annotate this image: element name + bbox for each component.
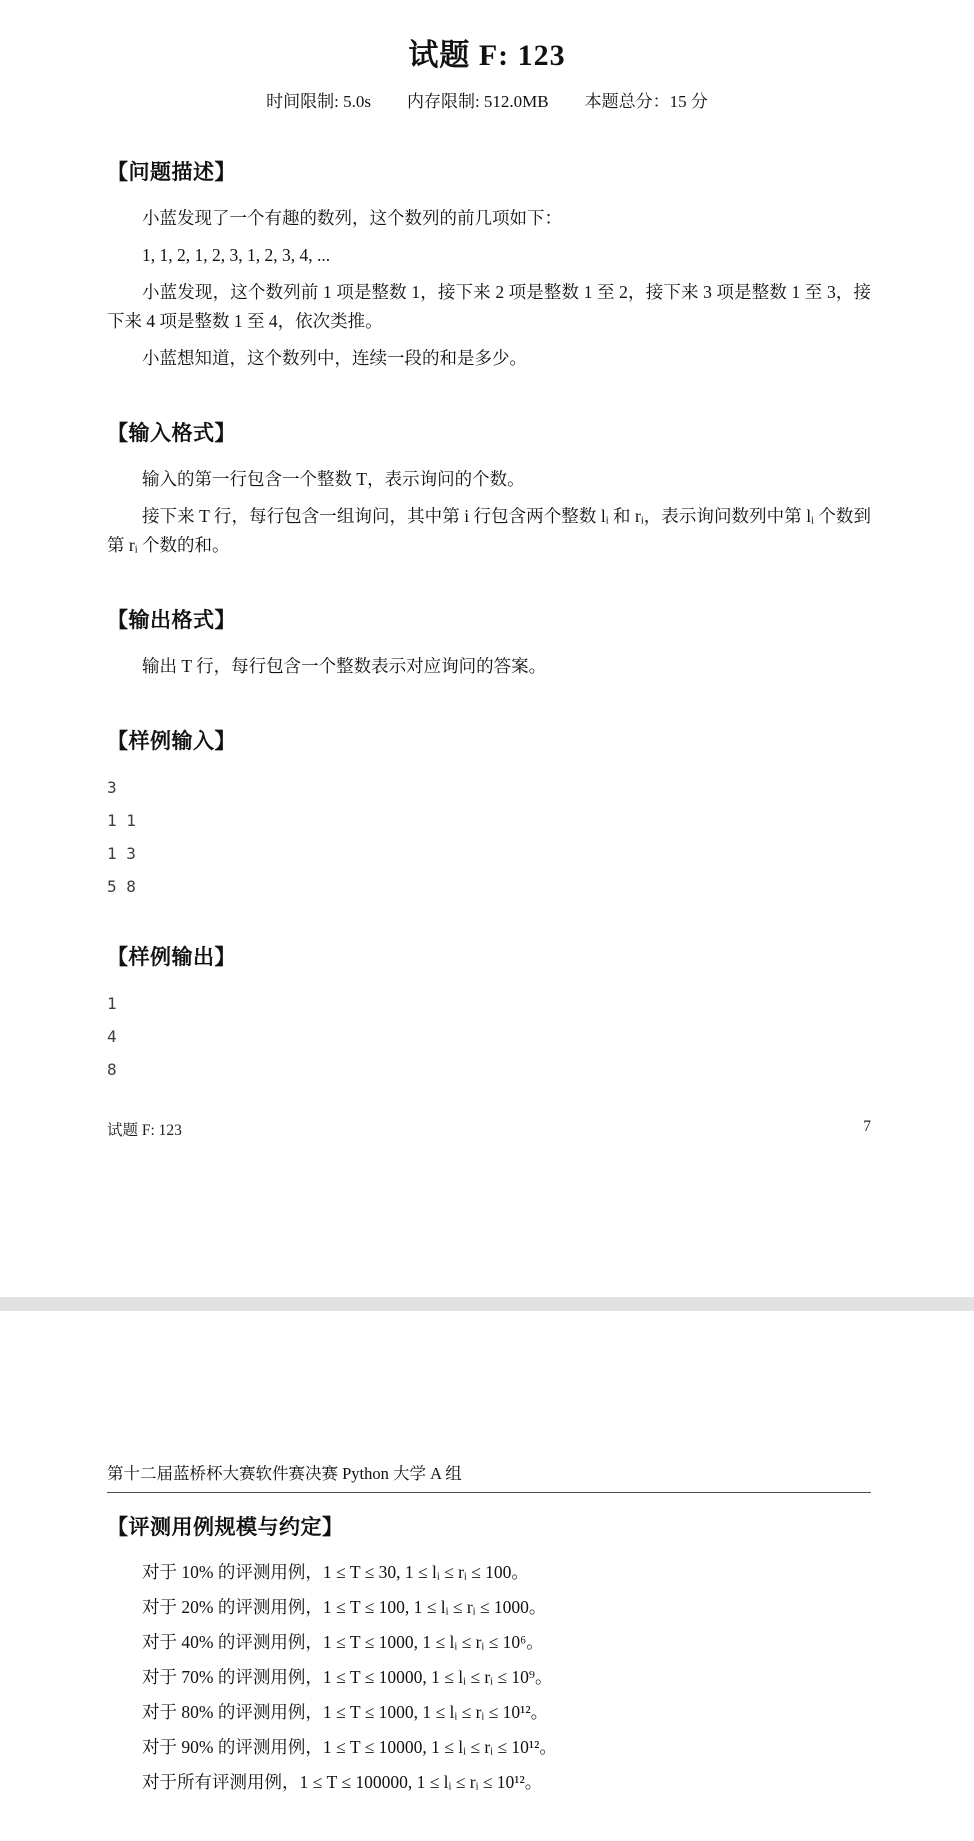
page-footer: 试题 F: 123 7 <box>107 1118 871 1140</box>
memory-limit: 内存限制: 512.0MB <box>407 87 549 112</box>
page-title: 试题 F: 123 <box>0 0 974 74</box>
problem-page-1: 试题 F: 123 时间限制: 5.0s 内存限制: 512.0MB 本题总分：… <box>0 0 974 1297</box>
section-heading-sample-output: 【样例输出】 <box>107 943 871 973</box>
section-heading-problem-description: 【问题描述】 <box>107 158 871 188</box>
sample-input-line: 1 1 <box>107 804 871 837</box>
page-separator <box>0 1297 974 1311</box>
contest-header: 第十二届蓝桥杯大赛软件赛决赛 Python 大学 A 组 <box>107 1463 871 1493</box>
constraint-line: 对于 20% 的评测用例，1 ≤ T ≤ 100, 1 ≤ lᵢ ≤ rᵢ ≤ … <box>107 1590 871 1625</box>
footer-problem-label: 试题 F: 123 <box>107 1118 182 1140</box>
sample-input-line: 3 <box>107 771 871 804</box>
sample-input-block: 3 1 1 1 3 5 8 <box>107 771 871 903</box>
constraint-line: 对于 70% 的评测用例，1 ≤ T ≤ 10000, 1 ≤ lᵢ ≤ rᵢ … <box>107 1660 871 1695</box>
problem-paragraph-1: 小蓝发现了一个有趣的数列，这个数列的前几项如下： <box>107 204 871 233</box>
constraint-line: 对于 10% 的评测用例，1 ≤ T ≤ 30, 1 ≤ lᵢ ≤ rᵢ ≤ 1… <box>107 1555 871 1590</box>
time-limit: 时间限制: 5.0s <box>266 87 371 112</box>
problem-sequence: 1, 1, 2, 1, 2, 3, 1, 2, 3, 4, ... <box>107 241 871 270</box>
page-1-content: 【问题描述】 小蓝发现了一个有趣的数列，这个数列的前几项如下： 1, 1, 2,… <box>0 158 974 1086</box>
constraint-line: 对于所有评测用例，1 ≤ T ≤ 100000, 1 ≤ lᵢ ≤ rᵢ ≤ 1… <box>107 1765 871 1800</box>
constraints-block: 对于 10% 的评测用例，1 ≤ T ≤ 30, 1 ≤ lᵢ ≤ rᵢ ≤ 1… <box>107 1555 871 1800</box>
sample-output-line: 4 <box>107 1020 871 1053</box>
input-paragraph-2: 接下来 T 行，每行包含一组询问，其中第 i 行包含两个整数 lᵢ 和 rᵢ，表… <box>107 502 871 560</box>
input-paragraph-1: 输入的第一行包含一个整数 T，表示询问的个数。 <box>107 465 871 494</box>
limits-line: 时间限制: 5.0s 内存限制: 512.0MB 本题总分：15 分 <box>0 87 974 112</box>
problem-page-2: 第十二届蓝桥杯大赛软件赛决赛 Python 大学 A 组 【评测用例规模与约定】… <box>0 1311 974 1841</box>
section-heading-input-format: 【输入格式】 <box>107 419 871 449</box>
constraint-line: 对于 80% 的评测用例，1 ≤ T ≤ 1000, 1 ≤ lᵢ ≤ rᵢ ≤… <box>107 1695 871 1730</box>
sample-output-block: 1 4 8 <box>107 987 871 1086</box>
total-score: 本题总分：15 分 <box>585 87 708 112</box>
constraint-line: 对于 40% 的评测用例，1 ≤ T ≤ 1000, 1 ≤ lᵢ ≤ rᵢ ≤… <box>107 1625 871 1660</box>
section-heading-sample-input: 【样例输入】 <box>107 727 871 757</box>
constraint-line: 对于 90% 的评测用例，1 ≤ T ≤ 10000, 1 ≤ lᵢ ≤ rᵢ … <box>107 1730 871 1765</box>
section-heading-output-format: 【输出格式】 <box>107 606 871 636</box>
page-2-content: 第十二届蓝桥杯大赛软件赛决赛 Python 大学 A 组 【评测用例规模与约定】… <box>0 1463 974 1800</box>
problem-paragraph-3: 小蓝想知道，这个数列中，连续一段的和是多少。 <box>107 344 871 373</box>
sample-input-line: 1 3 <box>107 837 871 870</box>
output-paragraph-1: 输出 T 行，每行包含一个整数表示对应询问的答案。 <box>107 652 871 681</box>
section-heading-constraints: 【评测用例规模与约定】 <box>107 1513 871 1543</box>
problem-paragraph-2: 小蓝发现，这个数列前 1 项是整数 1，接下来 2 项是整数 1 至 2，接下来… <box>107 278 871 336</box>
sample-output-line: 8 <box>107 1053 871 1086</box>
sample-input-line: 5 8 <box>107 870 871 903</box>
sample-output-line: 1 <box>107 987 871 1020</box>
footer-page-number: 7 <box>863 1118 871 1140</box>
